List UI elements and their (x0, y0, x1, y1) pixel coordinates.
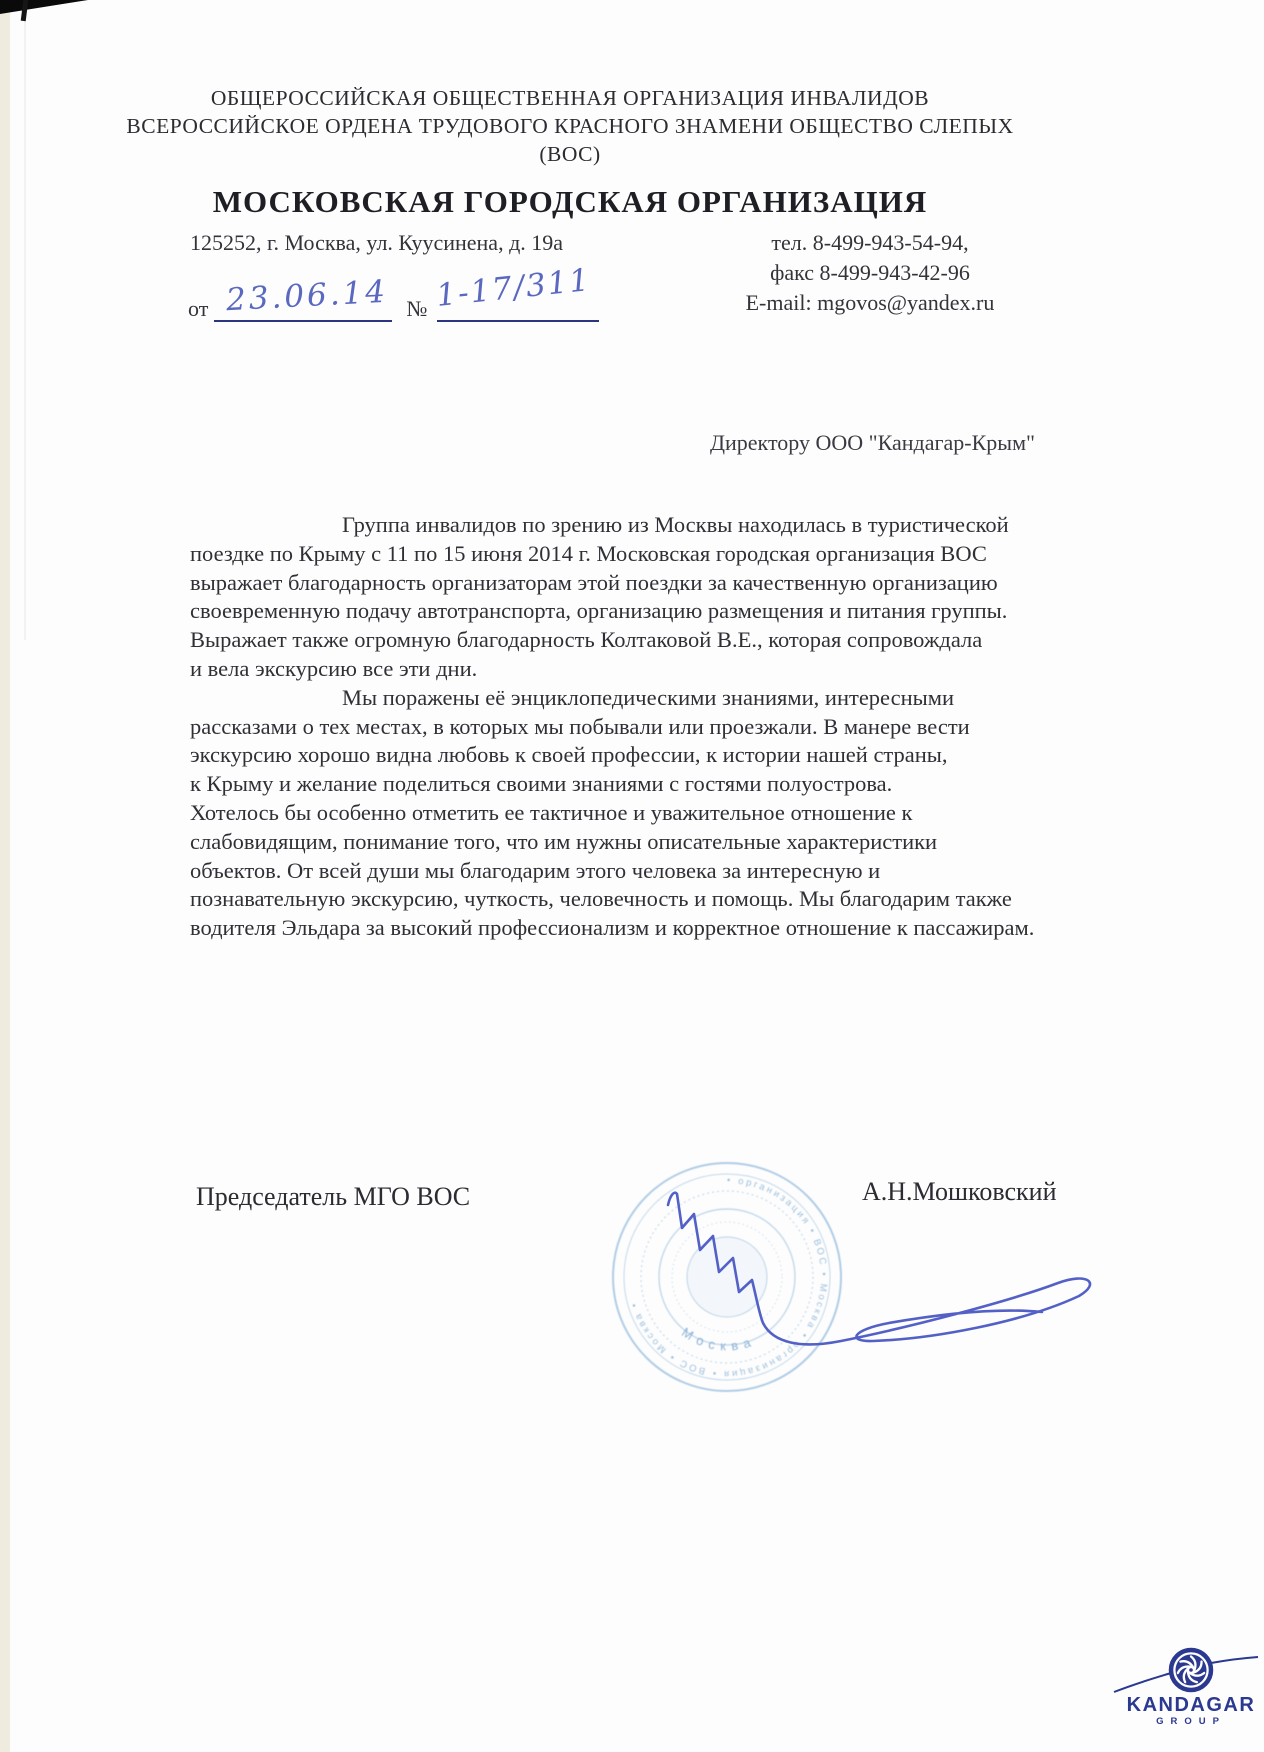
paragraph-2: Мы поражены её энциклопедическими знания… (190, 684, 1090, 943)
scan-corner-artifact (0, 0, 88, 14)
body-text-line: слабовидящим, понимание того, что им нуж… (190, 828, 1090, 857)
handwritten-signature (600, 1140, 1120, 1410)
signer-position: Председатель МГО ВОС (196, 1182, 470, 1212)
body-text-line: объектов. От всей души мы благодарим это… (190, 857, 1090, 886)
logo-swoosh-left (1114, 1673, 1171, 1692)
logo-subtitle-text: GROUP (1106, 1716, 1264, 1727)
paragraph-1: Группа инвалидов по зрению из Москвы нах… (190, 511, 1090, 684)
body-text-line: к Крыму и желание поделиться своими знан… (190, 770, 1090, 799)
letterhead: ОБЩЕРОССИЙСКАЯ ОБЩЕСТВЕННАЯ ОРГАНИЗАЦИЯ … (30, 84, 1110, 220)
contact-block: тел. 8-499-943-54-94, факс 8-499-943-42-… (700, 228, 1040, 318)
fax-number: факс 8-499-943-42-96 (700, 258, 1040, 288)
body-text-line: Группа инвалидов по зрению из Москвы нах… (190, 511, 1090, 540)
body-text-line: выражает благодарность организаторам это… (190, 569, 1090, 598)
scanned-letter-page: ОБЩЕРОССИЙСКАЯ ОБЩЕСТВЕННАЯ ОРГАНИЗАЦИЯ … (0, 0, 1264, 1752)
org-abbreviation: (ВОС) (30, 140, 1110, 168)
logo-pinwheel-icon (1171, 1650, 1211, 1690)
letter-body: Группа инвалидов по зрению из Москвы нах… (190, 511, 1090, 943)
body-text-line: Выражает также огромную благодарность Ко… (190, 626, 1090, 655)
org-title: МОСКОВСКАЯ ГОРОДСКАЯ ОРГАНИЗАЦИЯ (30, 184, 1110, 220)
body-text-line: своевременную подачу автотранспорта, орг… (190, 597, 1090, 626)
from-label: от (188, 296, 208, 322)
logo-swoosh-right (1211, 1657, 1258, 1663)
reference-line: от№ 23.06.14 1-17/311 (188, 296, 599, 322)
body-text-line: и вела экскурсию все эти дни. (190, 655, 1090, 684)
logo-brand-text: KANDAGAR (1106, 1694, 1264, 1717)
addressee-line: Директору ООО "Кандагар-Крым" (710, 430, 1035, 456)
body-text-line: Мы поражены её энциклопедическими знания… (190, 684, 1090, 713)
body-text-line: познавательную экскурсию, чуткость, чело… (190, 885, 1090, 914)
email-address: E-mail: mgovos@yandex.ru (700, 288, 1040, 318)
body-text-line: рассказами о тех местах, в которых мы по… (190, 713, 1090, 742)
body-text-line: водителя Эльдара за высокий профессионал… (190, 914, 1090, 943)
number-label: № (406, 296, 427, 322)
body-text-line: экскурсию хорошо видна любовь к своей пр… (190, 741, 1090, 770)
body-text-line: Хотелось бы особенно отметить ее тактичн… (190, 799, 1090, 828)
scan-left-edge (0, 0, 10, 1752)
kandagar-logo (1100, 1625, 1264, 1700)
org-name-line1: ОБЩЕРОССИЙСКАЯ ОБЩЕСТВЕННАЯ ОРГАНИЗАЦИЯ … (30, 84, 1110, 112)
body-text-line: поездке по Крыму с 11 по 15 июня 2014 г.… (190, 540, 1090, 569)
phone-number: тел. 8-499-943-54-94, (700, 228, 1040, 258)
org-address: 125252, г. Москва, ул. Куусинена, д. 19а (190, 230, 563, 256)
org-name-line2: ВСЕРОССИЙСКОЕ ОРДЕНА ТРУДОВОГО КРАСНОГО … (30, 112, 1110, 140)
scan-corner-line (21, 0, 29, 21)
scan-edge-shadow (24, 0, 26, 640)
